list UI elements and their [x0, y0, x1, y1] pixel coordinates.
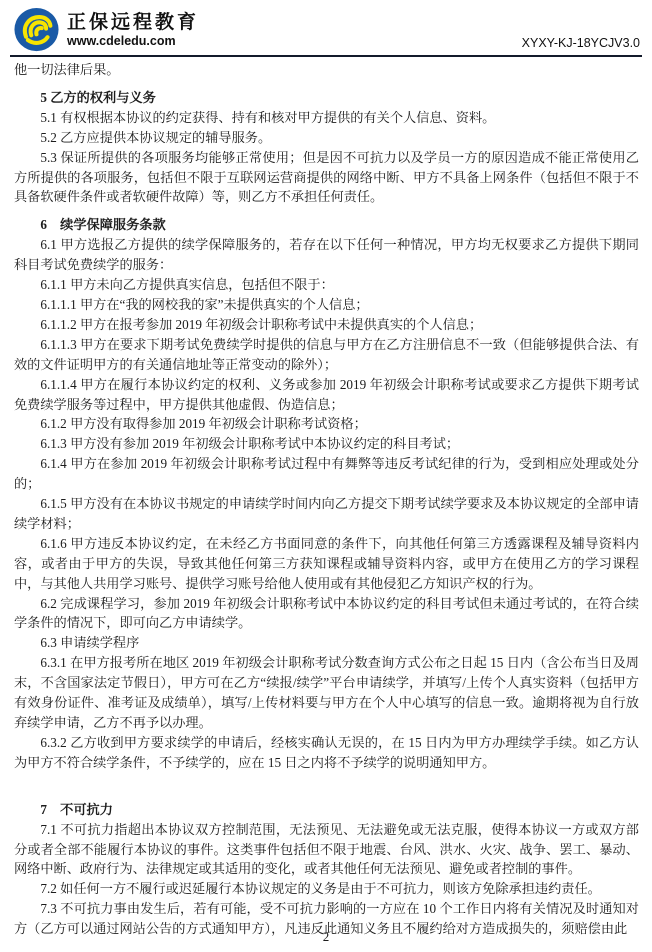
paragraph: 6.1.5 甲方没有在本协议书规定的申请续学时间内向乙方提交下期考试续学要求及本… [14, 494, 639, 534]
brand-logo: 正保远程教育 www.cdeledu.com [13, 7, 199, 53]
section-heading: 6 续学保障服务条款 [14, 215, 639, 235]
paragraph: 5.3 保证所提供的各项服务均能够正常使用；但是因不可抗力以及学员一方的原因造成… [14, 148, 639, 208]
page-header: 正保远程教育 www.cdeledu.com XYXY-KJ-18YCJV3.0 [0, 0, 652, 53]
paragraph-spacer [14, 773, 639, 792]
paragraph: 他一切法律后果。 [14, 60, 639, 80]
section-heading: 7 不可抗力 [14, 800, 639, 820]
paragraph: 6.3.1 在甲方报考所在地区 2019 年初级会计职称考试分数查询方式公布之日… [14, 653, 639, 733]
paragraph: 6.1.2 甲方没有取得参加 2019 年初级会计职称考试资格； [14, 414, 639, 434]
paragraph: 6.1.3 甲方没有参加 2019 年初级会计职称考试中本协议约定的科目考试； [14, 434, 639, 454]
brand-name: 正保远程教育 [67, 12, 199, 34]
section-heading: 5 乙方的权利与义务 [14, 88, 639, 108]
paragraph: 6.1.1 甲方未向乙方提供真实信息，包括但不限于： [14, 275, 639, 295]
paragraph: 6.1.1.3 甲方在要求下期考试免费续学时提供的信息与甲方在乙方注册信息不一致… [14, 335, 639, 375]
contract-page: 正保远程教育 www.cdeledu.com XYXY-KJ-18YCJV3.0… [0, 0, 652, 952]
paragraph: 5.2 乙方应提供本协议规定的辅导服务。 [14, 128, 639, 148]
page-number: 2 [323, 929, 330, 944]
paragraph: 7.2 如任何一方不履行或迟延履行本协议规定的义务是由于不可抗力，则该方免除承担… [14, 879, 639, 899]
paragraph: 6.2 完成课程学习，参加 2019 年初级会计职称考试中本协议约定的科目考试但… [14, 594, 639, 634]
brand-logo-icon [13, 7, 60, 53]
paragraph: 6.1 甲方选报乙方提供的续学保障服务的，若存在以下任何一种情况，甲方均无权要求… [14, 235, 639, 275]
paragraph: 6.3 申请续学程序 [14, 633, 639, 653]
paragraph: 5.1 有权根据本协议的约定获得、持有和核对甲方提供的有关个人信息、资料。 [14, 108, 639, 128]
paragraph: 6.1.1.1 甲方在“我的网校我的家”未提供真实的个人信息； [14, 295, 639, 315]
paragraph: 6.1.1.2 甲方在报考参加 2019 年初级会计职称考试中未提供真实的个人信… [14, 315, 639, 335]
page-footer: 2 [0, 929, 652, 945]
brand-website: www.cdeledu.com [67, 34, 199, 49]
paragraph: 6.1.4 甲方在参加 2019 年初级会计职称考试过程中有舞弊等违反考试纪律的… [14, 454, 639, 494]
brand-logo-text: 正保远程教育 www.cdeledu.com [67, 12, 199, 49]
document-code: XYXY-KJ-18YCJV3.0 [522, 36, 640, 53]
paragraph: 7.1 不可抗力指超出本协议双方控制范围，无法预见、无法避免或无法克服，使得本协… [14, 820, 639, 880]
document-body: 他一切法律后果。5 乙方的权利与义务5.1 有权根据本协议的约定获得、持有和核对… [0, 57, 652, 939]
paragraph: 6.1.6 甲方违反本协议约定，在未经乙方书面同意的条件下，向其他任何第三方透露… [14, 534, 639, 594]
paragraph: 6.1.1.4 甲方在履行本协议约定的权利、义务或参加 2019 年初级会计职称… [14, 375, 639, 415]
paragraph: 6.3.2 乙方收到甲方要求续学的申请后，经核实确认无误的，在 15 日内为甲方… [14, 733, 639, 773]
